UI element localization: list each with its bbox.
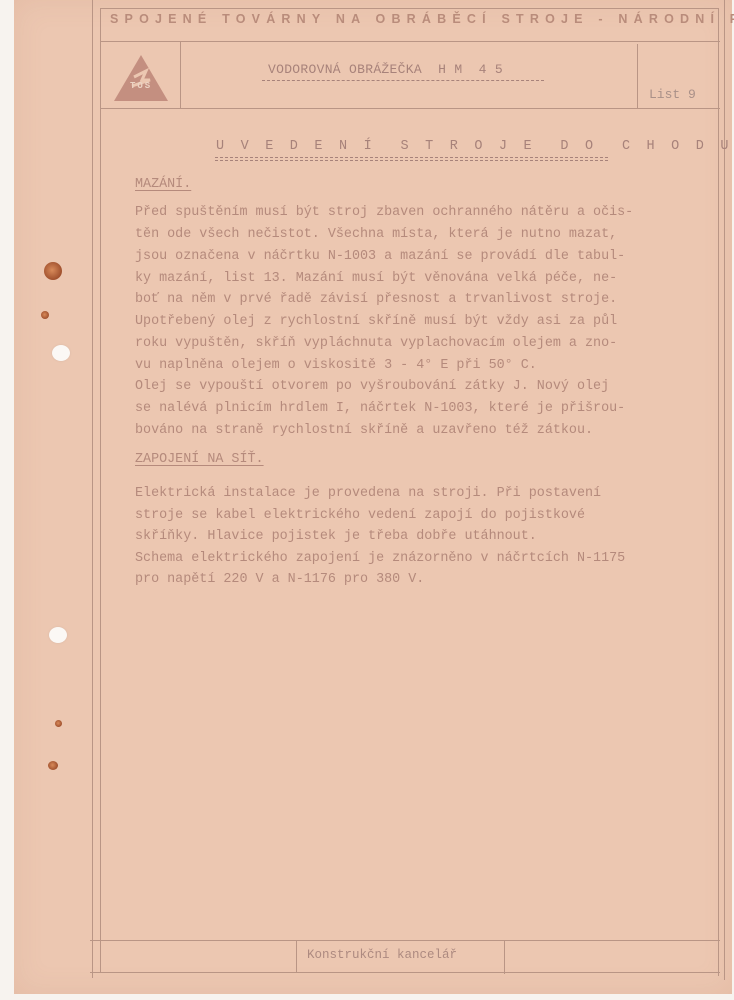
- binder-hole: [49, 627, 67, 643]
- title-underline: [215, 160, 608, 161]
- text-line: vu naplněna olejem o viskositě 3 - 4° E …: [135, 355, 537, 377]
- footer-cell-right-divider: [504, 941, 505, 974]
- text-line: Před spuštěním musí být stroj zbaven och…: [135, 202, 633, 224]
- frame-left-inner: [100, 8, 101, 972]
- footer-office: Konstrukční kancelář: [307, 948, 457, 962]
- text-line: stroje se kabel elektrického vedení zapo…: [135, 505, 585, 527]
- document-title: U V E D E N Í S T R O J E D O C H O D U: [216, 139, 733, 154]
- logo-cell-divider: [180, 41, 181, 108]
- section-heading-lubrication: MAZÁNÍ.: [135, 177, 191, 192]
- header-divider: [100, 41, 720, 42]
- text-line: jsou označena v náčrtku N-1003 a mazání …: [135, 246, 625, 268]
- text-line: se nalévá plnicím hrdlem I, náčrtek N-10…: [135, 398, 625, 420]
- text-line: Schema elektrického zapojení je znázorně…: [135, 548, 625, 570]
- rust-spot: [44, 262, 62, 280]
- text-line: ky mazání, list 13. Mazání musí být věno…: [135, 268, 617, 290]
- title-underline: [215, 157, 608, 158]
- text-line: bováno na straně rychlostní skříně a uza…: [135, 420, 593, 442]
- frame-top: [100, 8, 719, 9]
- rust-spot: [55, 720, 62, 727]
- footer-bottom: [90, 972, 720, 973]
- machine-title: VODOROVNÁ OBRÁŽEČKA H M 4 5: [268, 62, 503, 77]
- text-line: pro napětí 220 V a N-1176 pro 380 V.: [135, 569, 424, 591]
- text-line: skříňky. Hlavice pojistek je třeba dobře…: [135, 526, 537, 548]
- machine-title-underline: [262, 80, 544, 81]
- rust-spot: [41, 311, 49, 319]
- company-name: SPOJENÉ TOVÁRNY NA OBRÁBĚCÍ STROJE - NÁR…: [110, 12, 720, 26]
- text-line: roku vypuštěn, skříň vypláchnuta vyplach…: [135, 333, 617, 355]
- text-line: Elektrická instalace je provedena na str…: [135, 483, 601, 505]
- text-line: Upotřebený olej z rychlostní skříně musí…: [135, 311, 617, 333]
- section-heading-power-connection: ZAPOJENÍ NA SÍŤ.: [135, 452, 264, 467]
- footer-top: [90, 940, 720, 941]
- tos-logo-icon: [112, 53, 170, 103]
- logo-text: TOS: [130, 81, 152, 91]
- sheet-number: List 9: [649, 87, 696, 102]
- text-line: těn ode všech nečistot. Všechna místa, k…: [135, 224, 617, 246]
- sheet-cell-divider: [637, 44, 638, 108]
- header-bottom: [100, 108, 720, 109]
- binder-hole: [52, 345, 70, 361]
- frame-left-border: [92, 0, 93, 978]
- rust-spot: [48, 761, 58, 770]
- text-line: Olej se vypouští otvorem po vyšroubování…: [135, 376, 609, 398]
- footer-cell-left-divider: [296, 940, 297, 973]
- text-line: boť na něm v prvé řadě závisí přesnost a…: [135, 289, 617, 311]
